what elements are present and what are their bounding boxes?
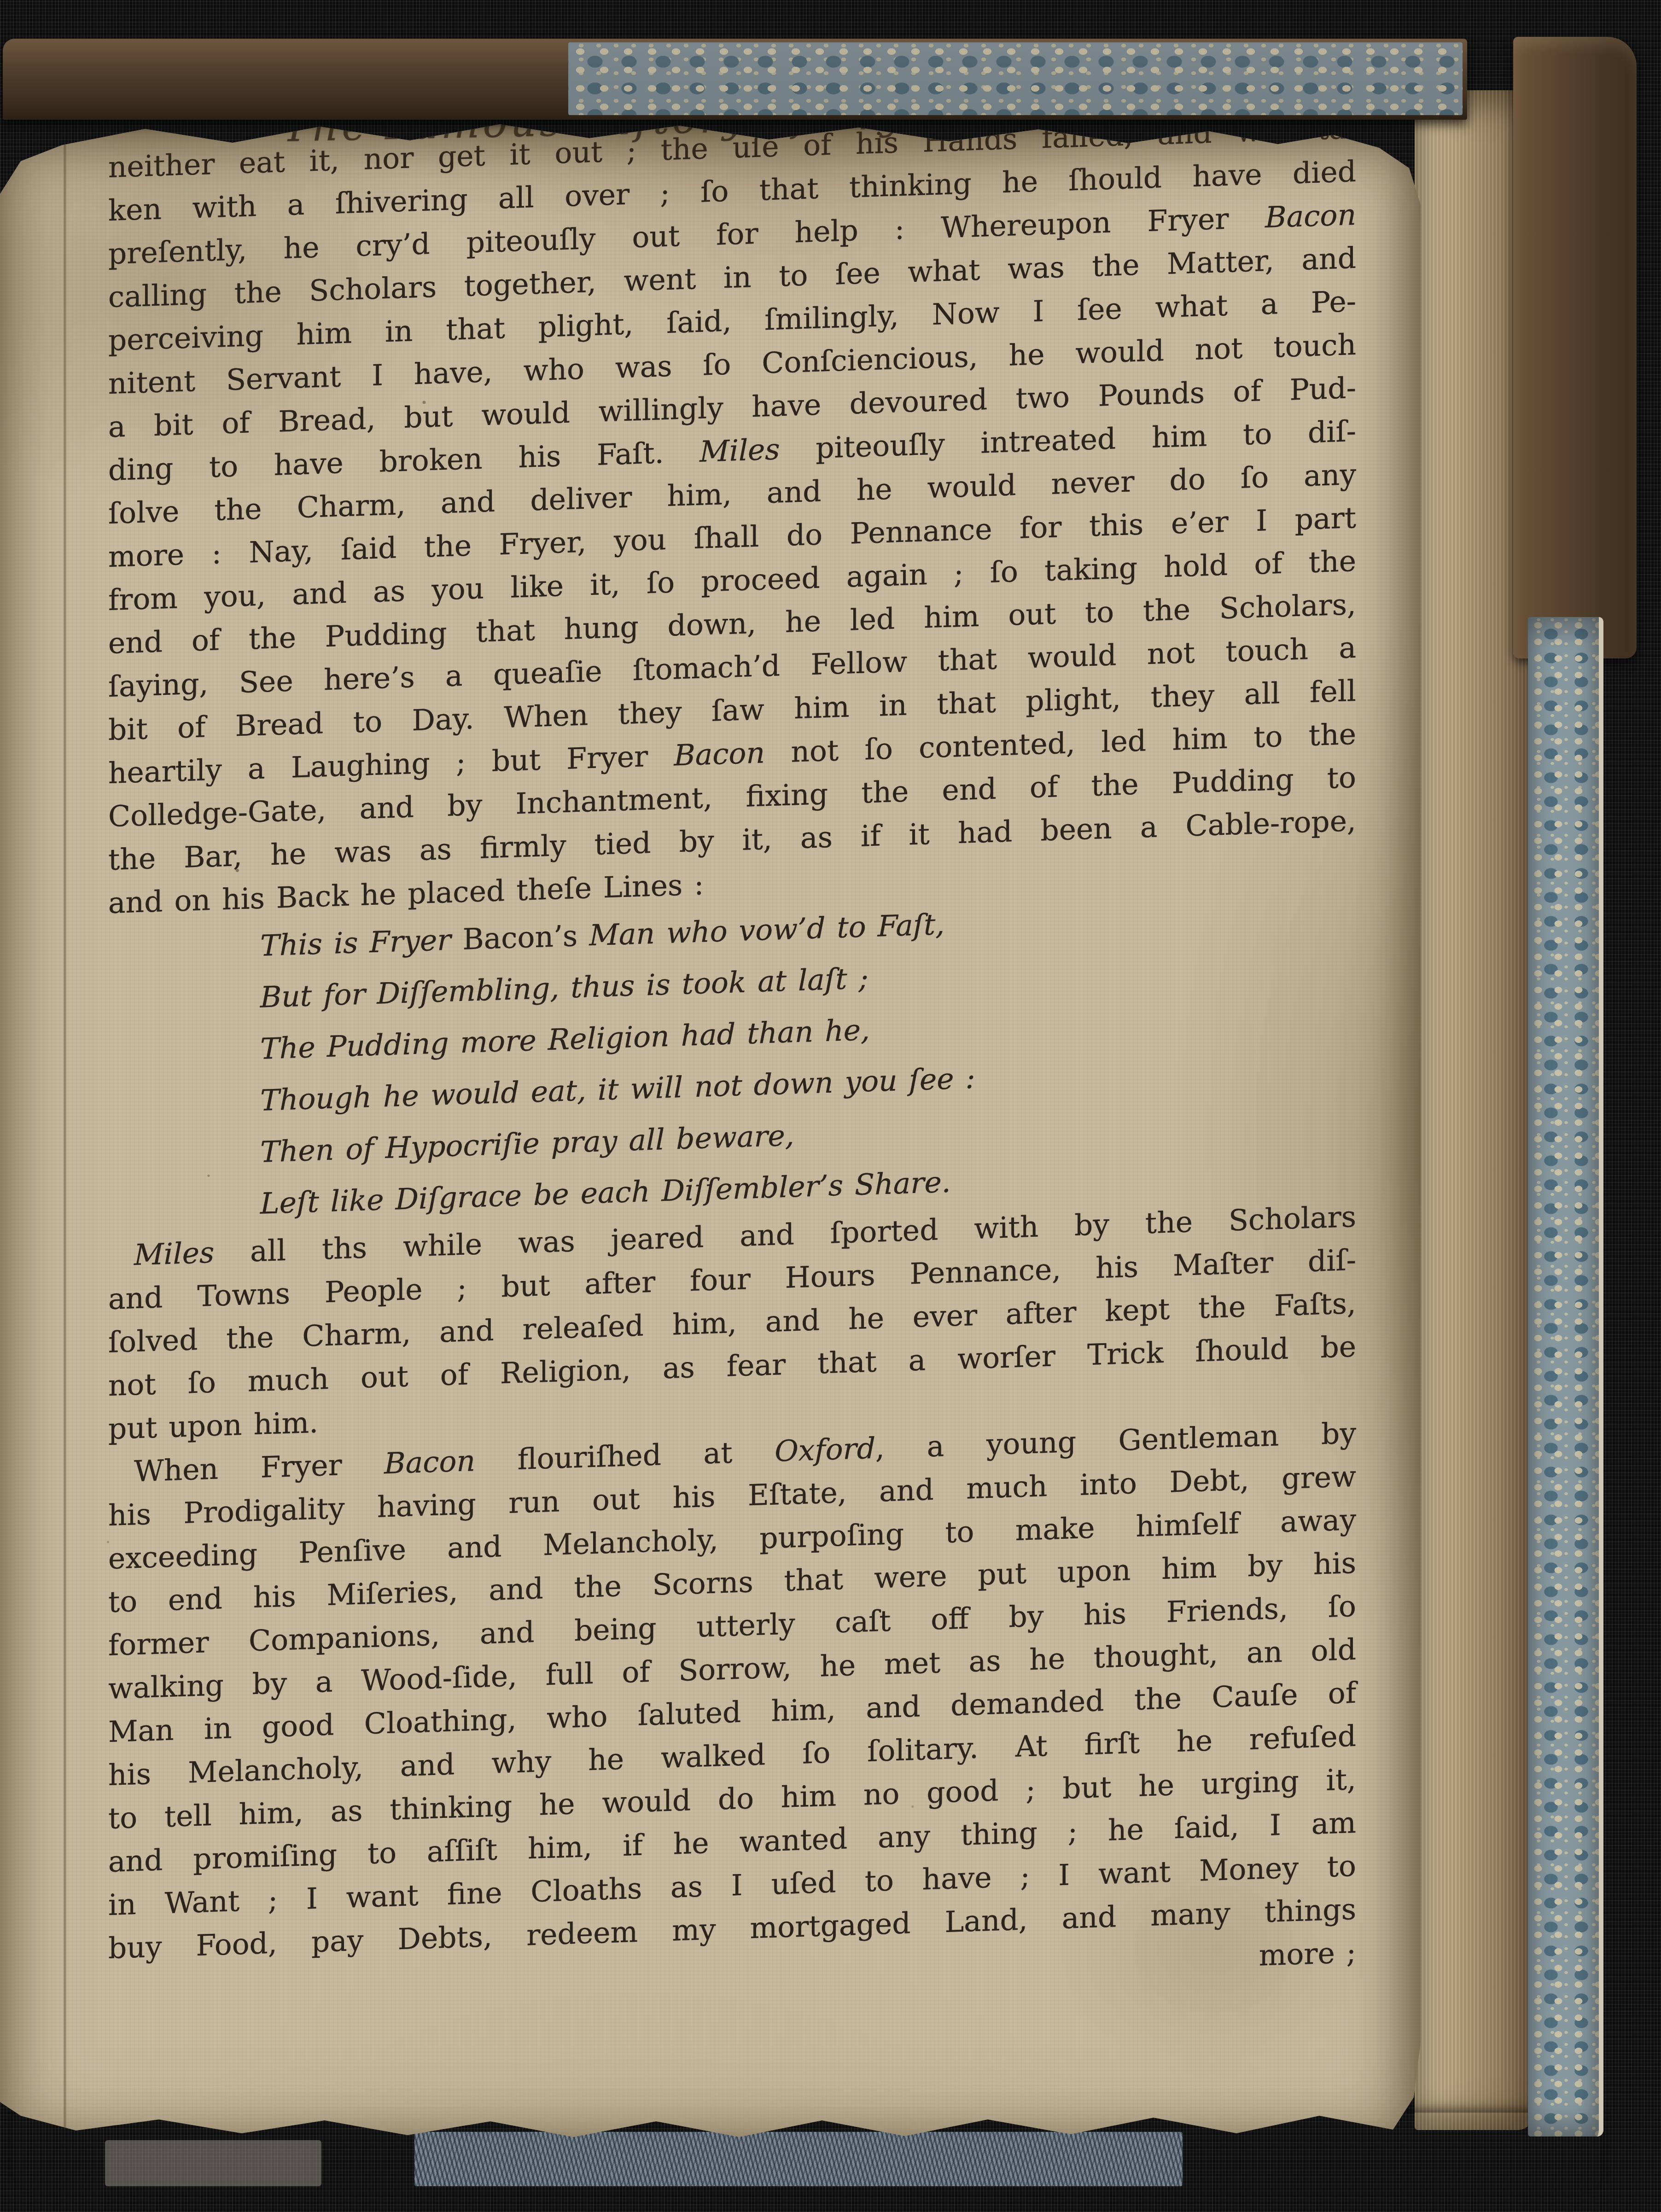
page-crease [63,117,67,2153]
italic-text-segment: Then of Hypocriſie pray all beware, [260,1118,794,1169]
top-cover-edge [3,39,1467,120]
text-segment: more ; [1259,1936,1356,1973]
text-segment: When Fryer [134,1447,384,1488]
italic-text-segment: Miles [699,432,780,468]
book-photograph: The Famous Hiſtory of Fry neither eat it… [0,0,1661,2212]
italic-text-segment: Bacon [1265,198,1356,234]
book-page: The Famous Hiſtory of Fry neither eat it… [0,117,1430,2153]
italic-text-segment: Bacon [384,1444,475,1480]
printed-text-block: neither eat it, nor get it out ; the uſe… [108,107,1356,2014]
bottom-tape-fragment [105,2140,321,2186]
text-segment: Bacon’s [462,919,577,956]
italic-text-segment: Oxford [775,1432,875,1468]
italic-text-segment: Bacon [674,736,765,772]
italic-text-segment: Miles [134,1236,214,1272]
right-leather-cover-edge [1513,37,1637,658]
text-segment: put upon him. [108,1406,318,1446]
italic-text-segment: This is Fryer [260,923,462,963]
text-segment: flouriſhed at [475,1435,775,1478]
right-marbled-board-edge [1528,617,1603,2136]
top-marbled-board-edge [568,42,1463,115]
bottom-cloth-strip [414,2132,1183,2186]
italic-text-segment: But for Diſſembling, thus is took at laſ… [260,961,868,1014]
italic-text-segment: Man who vow’d to Faſt, [577,908,944,953]
italic-text-segment: The Pudding more Religion had than he, [260,1013,870,1066]
